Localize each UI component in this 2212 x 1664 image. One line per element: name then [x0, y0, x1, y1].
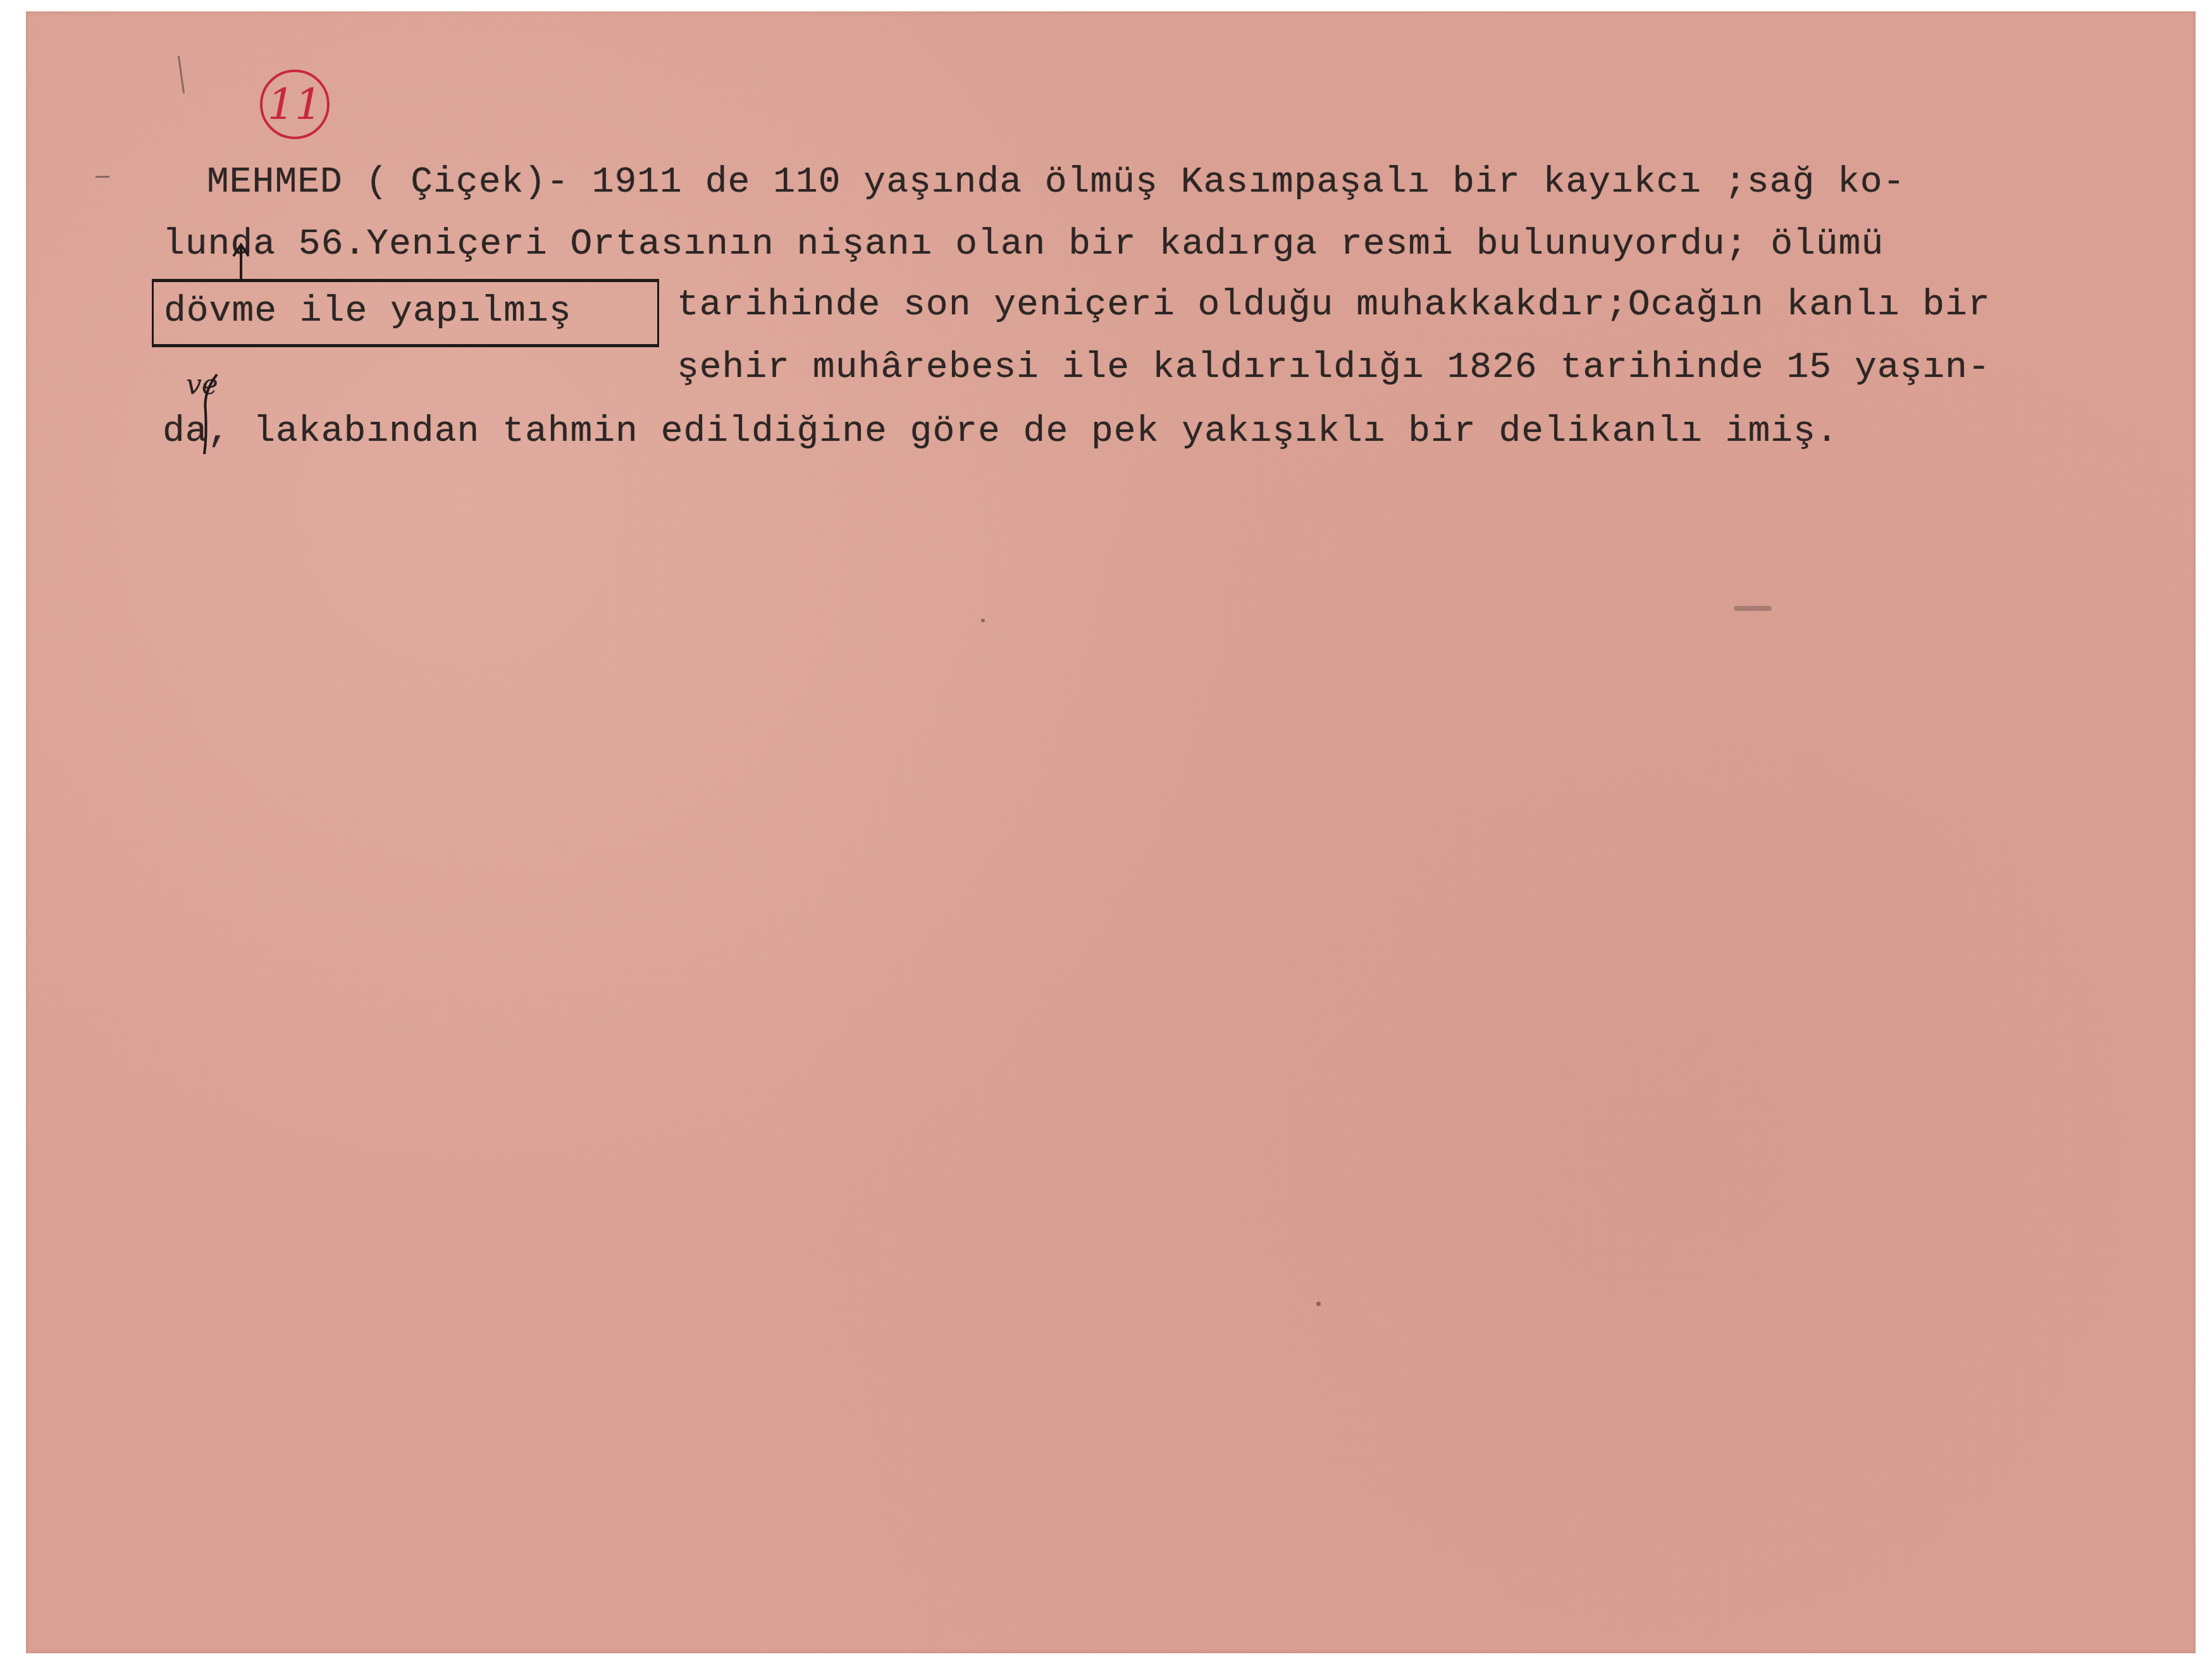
text-line-1: MEHMED ( Çiçek)- 1911 de 110 yaşında ölm…	[207, 162, 1905, 203]
margin-mark	[178, 56, 185, 94]
speck	[981, 619, 985, 622]
speck	[1734, 606, 1772, 611]
margin-dash	[96, 176, 109, 178]
archive-card: 11 MEHMED ( Çiçek)- 1911 de 110 yaşında …	[26, 11, 2196, 1653]
boxed-insertion: dövme ile yapılmış	[152, 279, 659, 347]
speck	[1316, 1302, 1321, 1306]
text-line-5: da, lakabından tahmin edildiğine göre de…	[163, 411, 1839, 452]
text-line-2: lunda 56.Yeniçeri Ortasının nişanı olan …	[163, 224, 1884, 265]
boxed-insertion-text: dövme ile yapılmış	[164, 291, 572, 332]
text-line-4: şehir muhârebesi ile kaldırıldığı 1826 t…	[677, 347, 1991, 388]
text-line-3: tarihinde son yeniçeri olduğu muhakkakdı…	[677, 285, 1991, 326]
insertion-arrow-icon	[228, 242, 254, 283]
card-number-annotation: 11	[260, 70, 330, 139]
